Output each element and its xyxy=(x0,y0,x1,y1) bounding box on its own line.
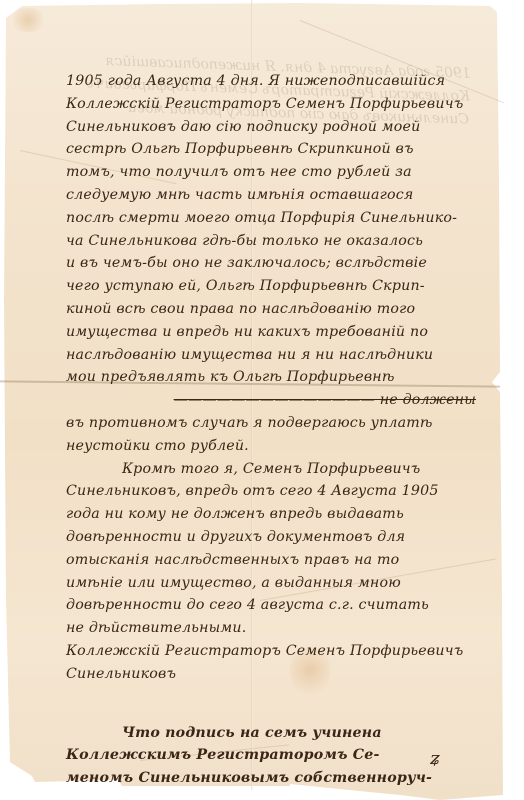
text-line: въ противномъ случаѣ я подвергаюсь уплат… xyxy=(66,412,506,435)
text-line: послѣ смерти моего отца Порфирія Синельн… xyxy=(66,207,506,230)
text-line: отысканія наслѣдственныхъ правъ на то xyxy=(66,549,506,572)
paper-stain xyxy=(8,8,48,32)
text-line: довѣренности и другихъ документовъ для xyxy=(66,526,506,549)
text-line: томъ, что получилъ отъ нее сто рублей за xyxy=(66,161,506,184)
text-line: имѣніе или имущество, а выданныя мною xyxy=(66,572,506,595)
struck-text-line: —————————————— не должены xyxy=(66,389,506,412)
spacer xyxy=(66,686,506,722)
text-line: неустойки сто рублей. xyxy=(66,435,506,458)
text-line: не дѣйствительными. xyxy=(66,617,506,640)
text-line: довѣренности до сего 4 августа с.г. счит… xyxy=(66,594,506,617)
signature-surname: Синельниковъ xyxy=(66,663,506,686)
text-line: сестрѣ Ольгѣ Порфирьевнѣ Скрипкиной въ xyxy=(66,138,506,161)
text-line: 1905 года Августа 4 дня. Я нижеподписавш… xyxy=(66,70,506,93)
text-line: Коллежскій Регистраторъ Семенъ Порфирьев… xyxy=(66,93,506,116)
text-line: Синельниковъ даю сію подписку родной мое… xyxy=(66,116,506,139)
signature-flourish-icon: ʑ xyxy=(430,748,450,778)
text-line: года ни кому не долженъ впредь выдавать xyxy=(66,503,506,526)
text-line: мои предъявлять къ Ольгѣ Порфирьевнѣ xyxy=(66,366,506,389)
text-line: имущества и впредь ни какихъ требованій … xyxy=(66,321,506,344)
text-line: следуемую мнѣ часть имѣнія оставшагося xyxy=(66,184,506,207)
document-body: 1905 года Августа 4 дня. Я нижеподписавш… xyxy=(66,70,506,790)
text-line: Синельниковъ, впредь отъ сего 4 Августа … xyxy=(66,480,506,503)
text-line: ча Синельникова гдѣ-бы только не оказало… xyxy=(66,230,506,253)
paragraph-start-line: Кромѣ того я, Семенъ Порфирьевичъ xyxy=(66,458,506,481)
text-line: чего уступаю ей, Ольгѣ Порфирьевнѣ Скрип… xyxy=(66,275,506,298)
attestation-line: Что подпись на семъ учинена xyxy=(66,722,506,745)
text-line: киной всѣ свои права по наслѣдованію тог… xyxy=(66,298,506,321)
text-line: и въ чемъ-бы оно не заключалось; вслѣдст… xyxy=(66,252,506,275)
text-line: наслѣдованію имущества ни я ни наслѣдник… xyxy=(66,344,506,367)
signature-line: Коллежскій Регистраторъ Семенъ Порфирьев… xyxy=(66,640,506,663)
